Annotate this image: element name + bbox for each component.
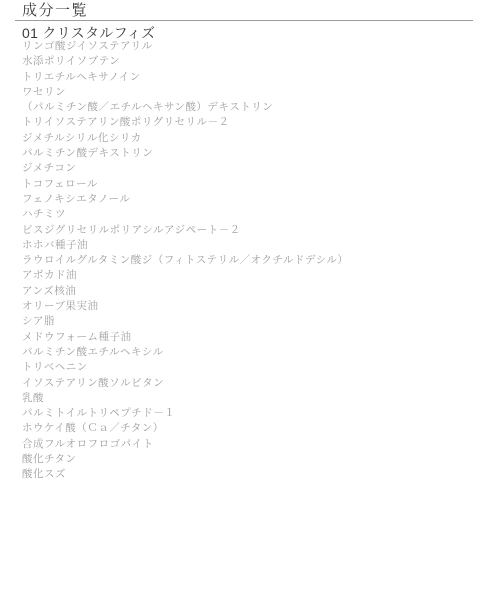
title-divider — [15, 20, 473, 21]
ingredient-item: トリイソステアリン酸ポリグリセリル－２ — [22, 115, 348, 130]
ingredient-item: ラウロイルグルタミン酸ジ（フィトステリル／オクチルドデシル） — [22, 253, 348, 268]
ingredient-item: パルミトイルトリペプチド－１ — [22, 406, 348, 421]
ingredient-item: ビスジグリセリルポリアシルアジペート－２ — [22, 223, 348, 238]
ingredient-item: 乳酸 — [22, 391, 348, 406]
ingredient-item: 合成フルオロフロゴパイト — [22, 437, 348, 452]
ingredient-item: ハチミツ — [22, 207, 348, 222]
ingredient-item: アンズ核油 — [22, 284, 348, 299]
ingredient-item: シア脂 — [22, 314, 348, 329]
ingredient-item: パルミチン酸デキストリン — [22, 146, 348, 161]
ingredient-item: ホウケイ酸（Ｃａ／チタン） — [22, 421, 348, 436]
ingredient-item: トコフェロール — [22, 177, 348, 192]
ingredient-item: ジメチコン — [22, 161, 348, 176]
ingredient-item: リンゴ酸ジイソステアリル — [22, 39, 348, 54]
ingredient-item: 水添ポリイソブテン — [22, 54, 348, 69]
ingredient-page: 成分一覧 01 クリスタルフィズ リンゴ酸ジイソステアリル 水添ポリイソブテン … — [0, 0, 500, 600]
ingredient-item: オリーブ果実油 — [22, 299, 348, 314]
ingredient-list: リンゴ酸ジイソステアリル 水添ポリイソブテン トリエチルヘキサノイン ワセリン … — [22, 39, 348, 483]
ingredient-item: イソステアリン酸ソルビタン — [22, 376, 348, 391]
ingredient-item: フェノキシエタノール — [22, 192, 348, 207]
ingredient-item: パルミチン酸エチルヘキシル — [22, 345, 348, 360]
ingredient-item: アボカド油 — [22, 268, 348, 283]
ingredient-item: 酸化スズ — [22, 467, 348, 482]
ingredient-item: （パルミチン酸／エチルヘキサン酸）デキストリン — [22, 100, 348, 115]
ingredient-item: ワセリン — [22, 85, 348, 100]
ingredient-item: トリベヘニン — [22, 360, 348, 375]
ingredient-item: 酸化チタン — [22, 452, 348, 467]
ingredient-item: トリエチルヘキサノイン — [22, 70, 348, 85]
ingredient-item: ホホバ種子油 — [22, 238, 348, 253]
page-title: 成分一覧 — [22, 2, 88, 19]
ingredient-item: ジメチルシリル化シリカ — [22, 131, 348, 146]
ingredient-item: メドウフォーム種子油 — [22, 330, 348, 345]
